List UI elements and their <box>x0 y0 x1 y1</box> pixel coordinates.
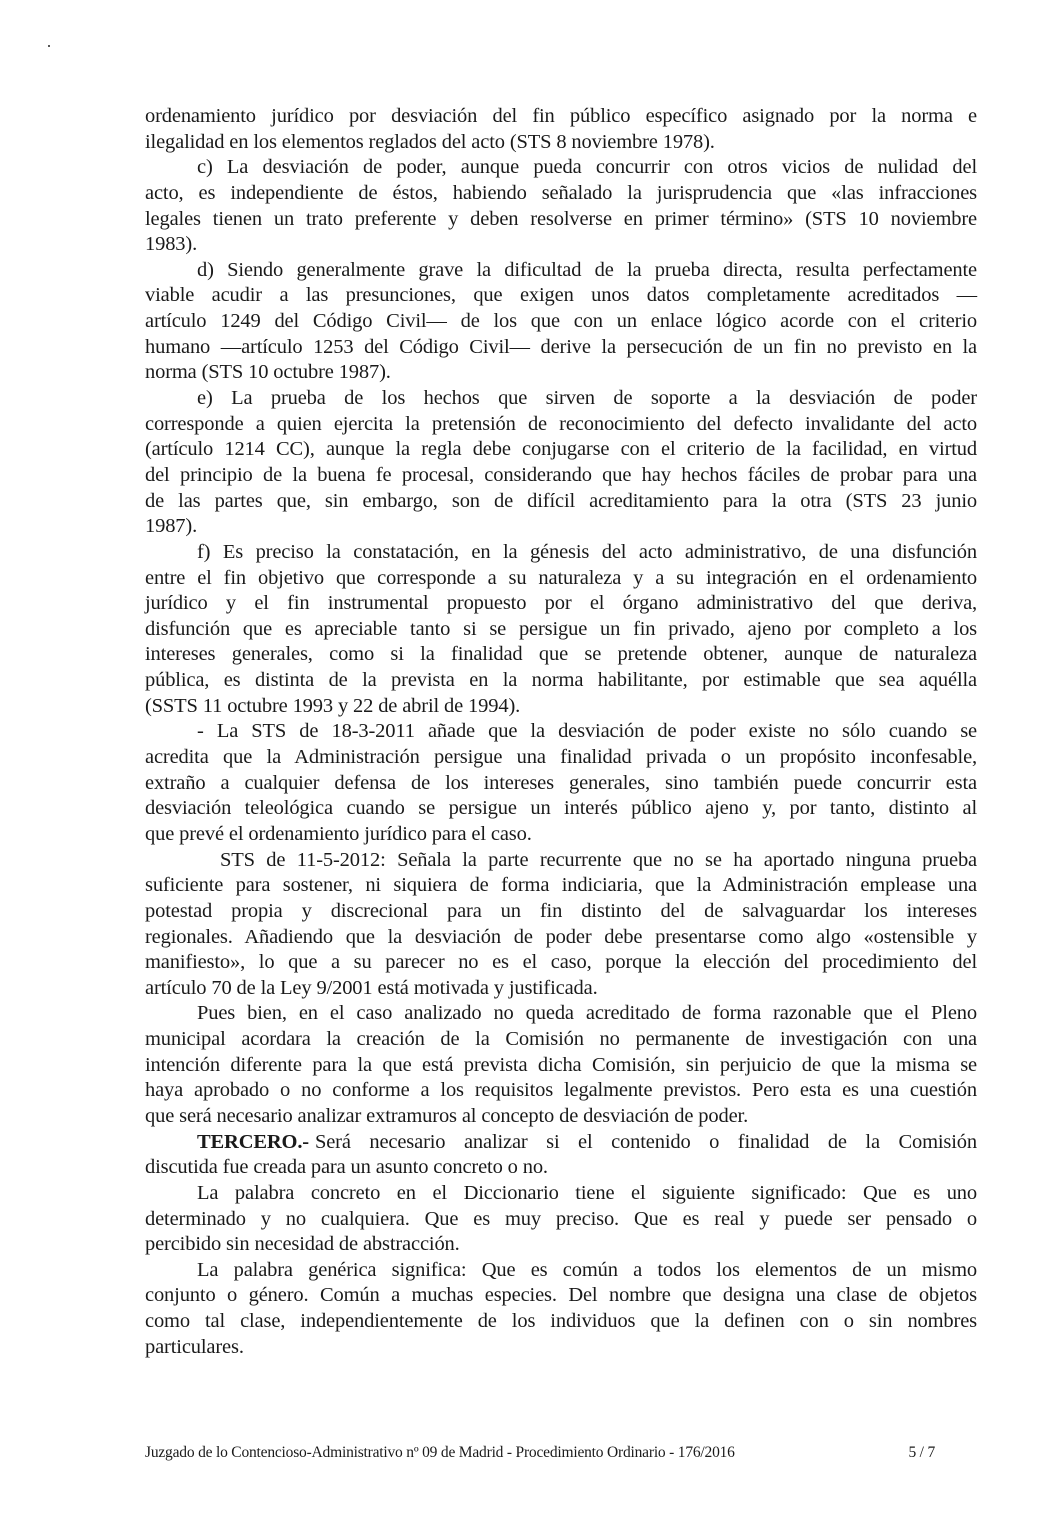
text-line: percibido sin necesidad de abstracción. <box>145 1232 977 1258</box>
text-line: - La STS de 18-3-2011 añade que la desvi… <box>145 719 977 745</box>
text-line: 1983). <box>145 232 977 258</box>
text-line: conjunto o género. Común a muchas especi… <box>145 1283 977 1309</box>
document-body: ordenamiento jurídico por desviación del… <box>145 104 977 1360</box>
text-line: STS de 11-5-2012: Señala la parte recurr… <box>145 848 977 874</box>
text-line: acto, es independiente de éstos, habiend… <box>145 181 977 207</box>
text-line: corresponde a quien ejercita la pretensi… <box>145 412 977 438</box>
text-line: suficiente para sostener, ni siquiera de… <box>145 873 977 899</box>
paragraph-e: e) La prueba de los hechos que sirven de… <box>145 386 977 540</box>
text-line: ilegalidad en los elementos reglados del… <box>145 130 977 156</box>
text-line: regionales. Añadiendo que la desviación … <box>145 925 977 951</box>
text-line: Pues bien, en el caso analizado no queda… <box>145 1001 977 1027</box>
text-line: La palabra genérica significa: Que es co… <box>145 1258 977 1284</box>
text-line: discutida fue creada para un asunto conc… <box>145 1155 977 1181</box>
paragraph-generica: La palabra genérica significa: Que es co… <box>145 1258 977 1361</box>
text-line: municipal acordara la creación de la Com… <box>145 1027 977 1053</box>
paragraph-c: c) La desviación de poder, aunque pueda … <box>145 155 977 258</box>
paragraph-sts-2011: - La STS de 18-3-2011 añade que la desvi… <box>145 719 977 847</box>
text-line: f) Es preciso la constatación, en la gén… <box>145 540 977 566</box>
text-line: disfunción que es apreciable tanto si se… <box>145 617 977 643</box>
page-footer: Juzgado de lo Contencioso-Administrativo… <box>145 1443 935 1463</box>
paragraph-concreto: La palabra concreto en el Diccionario ti… <box>145 1181 977 1258</box>
text-line: viable acudir a las presunciones, que ex… <box>145 283 977 309</box>
page-number: 5 / 7 <box>908 1443 935 1463</box>
section-heading: TERCERO.- <box>197 1130 309 1156</box>
text-line: de las partes que, sin embargo, son de d… <box>145 489 977 515</box>
scan-speck <box>48 45 50 47</box>
text-line: extraño a cualquier defensa de los inter… <box>145 771 977 797</box>
paragraph-sts-2012: STS de 11-5-2012: Señala la parte recurr… <box>145 848 977 1002</box>
text-line: La palabra concreto en el Diccionario ti… <box>145 1181 977 1207</box>
text-line: determinado y no cualquiera. Que es muy … <box>145 1207 977 1233</box>
text-line: como tal clase, independientemente de lo… <box>145 1309 977 1335</box>
text-line: particulares. <box>145 1335 977 1361</box>
text-line: manifiesto», lo que a su parecer no es e… <box>145 950 977 976</box>
text-line: legales tienen un trato preferente y deb… <box>145 207 977 233</box>
text-line: (artículo 1214 CC), aunque la regla debe… <box>145 437 977 463</box>
text-line: artículo 1249 del Código Civil— de los q… <box>145 309 977 335</box>
paragraph-d: d) Siendo generalmente grave la dificult… <box>145 258 977 386</box>
text-fragment: Será necesario analizar si el contenido … <box>309 1130 977 1156</box>
text-line: haya aprobado o no conforme a los requis… <box>145 1078 977 1104</box>
paragraph-pues-bien: Pues bien, en el caso analizado no queda… <box>145 1001 977 1129</box>
text-line: humano —artículo 1253 del Código Civil— … <box>145 335 977 361</box>
text-line: acredita que la Administración persigue … <box>145 745 977 771</box>
text-line: (SSTS 11 octubre 1993 y 22 de abril de 1… <box>145 694 977 720</box>
text-line: c) La desviación de poder, aunque pueda … <box>145 155 977 181</box>
document-page: ordenamiento jurídico por desviación del… <box>0 0 1045 1521</box>
text-line: TERCERO.- Será necesario analizar si el … <box>145 1130 977 1156</box>
text-line: d) Siendo generalmente grave la dificult… <box>145 258 977 284</box>
text-line: entre el fin objetivo que corresponde a … <box>145 566 977 592</box>
text-line: jurídico y el fin instrumental propuesto… <box>145 591 977 617</box>
paragraph-tercero: TERCERO.- Será necesario analizar si el … <box>145 1130 977 1181</box>
text-line: intereses generales, como si la finalida… <box>145 642 977 668</box>
text-line: ordenamiento jurídico por desviación del… <box>145 104 977 130</box>
text-line: desviación teleológica cuando se persigu… <box>145 796 977 822</box>
text-line: potestad propia y discrecional para un f… <box>145 899 977 925</box>
text-line: artículo 70 de la Ley 9/2001 está motiva… <box>145 976 977 1002</box>
footer-court-reference: Juzgado de lo Contencioso-Administrativo… <box>145 1443 735 1463</box>
paragraph-f: f) Es preciso la constatación, en la gén… <box>145 540 977 719</box>
text-line: del principio de la buena fe procesal, c… <box>145 463 977 489</box>
paragraph-continuation: ordenamiento jurídico por desviación del… <box>145 104 977 155</box>
text-line: 1987). <box>145 514 977 540</box>
text-line: norma (STS 10 octubre 1987). <box>145 360 977 386</box>
text-line: pública, es distinta de la prevista en l… <box>145 668 977 694</box>
text-line: que prevé el ordenamiento jurídico para … <box>145 822 977 848</box>
text-line: que será necesario analizar extramuros a… <box>145 1104 977 1130</box>
text-line: e) La prueba de los hechos que sirven de… <box>145 386 977 412</box>
text-line: intención diferente para la que está pre… <box>145 1053 977 1079</box>
